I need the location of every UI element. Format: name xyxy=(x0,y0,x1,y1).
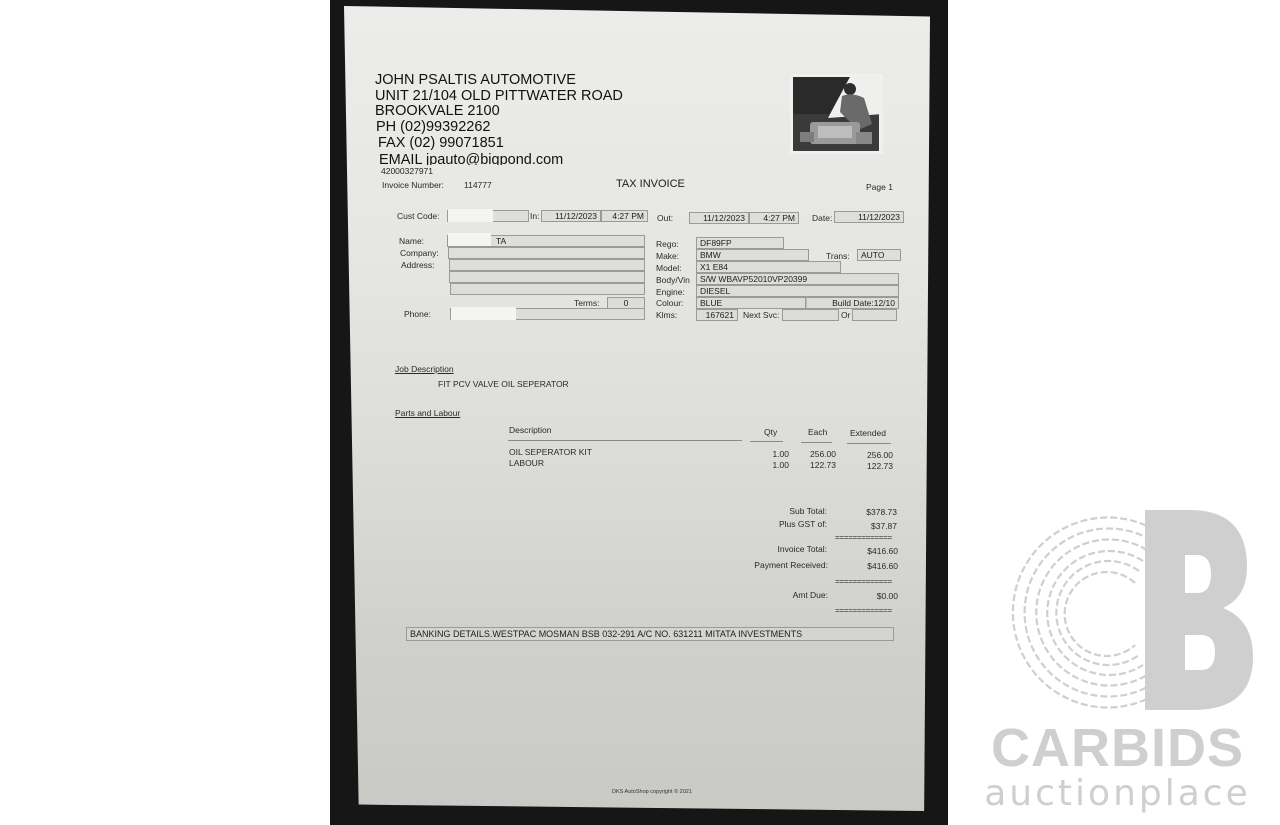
parts-labour-heading: Parts and Labour xyxy=(395,408,460,418)
bodyvin-field: S/W WBAVP52010VP20399 xyxy=(696,273,899,285)
row-each: 256.00 xyxy=(790,449,836,459)
build-date-value: 12/10 xyxy=(874,298,895,308)
rego-field: DF89FP xyxy=(696,237,784,249)
in-time-field: 4:27 PM xyxy=(601,210,648,222)
amt-due-label: Amt Due: xyxy=(727,590,828,600)
or-field xyxy=(852,309,897,321)
business-phone: PH (02)99392262 xyxy=(376,119,490,135)
separator: ============= xyxy=(835,577,892,586)
job-description-text: FIT PCV VALVE OIL SEPERATOR xyxy=(438,379,569,389)
payment-received-label: Payment Received: xyxy=(727,560,828,570)
klms-field: 167621 xyxy=(696,309,738,321)
company-field xyxy=(448,247,645,259)
mechanic-logo-icon xyxy=(790,74,883,154)
row-description: LABOUR xyxy=(509,458,544,468)
watermark-brand: CARBIDS xyxy=(975,717,1260,779)
bodyvin-label: Body/Vin xyxy=(656,275,690,285)
subtotal-label: Sub Total: xyxy=(727,506,827,516)
column-header-qty: Qty xyxy=(764,427,777,437)
redaction xyxy=(448,233,491,246)
divider xyxy=(801,442,832,443)
build-date-label: Build Date: xyxy=(832,298,874,308)
business-address-line2: BROOKVALE 2100 xyxy=(375,103,500,119)
invoice-number-label: Invoice Number: xyxy=(382,180,444,190)
next-svc-field xyxy=(782,309,839,321)
in-date-field: 11/12/2023 xyxy=(541,210,601,222)
row-description: OIL SEPERATOR KIT xyxy=(509,447,592,457)
business-fax: FAX (02) 99071851 xyxy=(378,135,504,151)
next-svc-label: Next Svc: xyxy=(743,310,779,320)
column-header-description: Description xyxy=(509,425,552,435)
subtotal-value: $378.73 xyxy=(837,507,897,517)
row-each: 122.73 xyxy=(790,460,836,470)
payment-received-value: $416.60 xyxy=(837,561,898,571)
trans-label: Trans: xyxy=(826,251,850,261)
invoice-number: 114777 xyxy=(464,180,492,190)
invoice-total-label: Invoice Total: xyxy=(727,544,827,554)
redaction xyxy=(448,209,493,222)
divider xyxy=(750,441,783,442)
in-label: In: xyxy=(530,211,539,221)
photo-stage: JOHN PSALTIS AUTOMOTIVE UNIT 21/104 OLD … xyxy=(0,0,1280,825)
klms-label: Klms: xyxy=(656,310,677,320)
business-email: EMAIL jpauto@bigpond.com xyxy=(379,152,563,165)
row-extended: 122.73 xyxy=(844,461,893,471)
phone-label: Phone: xyxy=(404,309,431,319)
business-address-line1: UNIT 21/104 OLD PITTWATER ROAD xyxy=(375,88,623,104)
colour-label: Colour: xyxy=(656,298,683,308)
invoice-document: JOHN PSALTIS AUTOMOTIVE UNIT 21/104 OLD … xyxy=(344,6,930,811)
or-label: Or xyxy=(841,310,850,320)
model-label: Model: xyxy=(656,263,682,273)
amt-due-value: $0.00 xyxy=(837,591,898,601)
address-label: Address: xyxy=(401,260,435,270)
column-header-each: Each xyxy=(808,427,827,437)
trans-field: AUTO xyxy=(857,249,901,261)
invoice-total-value: $416.60 xyxy=(837,546,898,556)
row-qty: 1.00 xyxy=(744,460,789,470)
rego-label: Rego: xyxy=(656,239,679,249)
out-date-field: 11/12/2023 xyxy=(689,212,749,224)
terms-label: Terms: xyxy=(574,298,600,308)
address-line-1 xyxy=(449,259,645,271)
job-description-heading: Job Description xyxy=(395,364,454,374)
column-header-extended: Extended xyxy=(850,428,886,438)
company-label: Company: xyxy=(400,248,439,258)
footer-copyright: DKS AutoShop copyright © 2021 xyxy=(612,789,692,795)
invoice-title: TAX INVOICE xyxy=(616,178,685,190)
address-line-2 xyxy=(449,271,645,283)
cust-code-label: Cust Code: xyxy=(397,211,440,221)
row-extended: 256.00 xyxy=(844,450,893,460)
watermark-tagline: auctionplace xyxy=(975,773,1260,814)
business-abn: 42000327971 xyxy=(381,166,433,176)
separator: ============= xyxy=(835,606,892,615)
make-field: BMW xyxy=(696,249,809,261)
build-date-field: Build Date:12/10 xyxy=(806,297,899,309)
engine-label: Engine: xyxy=(656,287,685,297)
redaction xyxy=(451,307,516,320)
row-qty: 1.00 xyxy=(744,449,789,459)
make-label: Make: xyxy=(656,251,679,261)
engine-field: DIESEL xyxy=(696,285,899,297)
business-name: JOHN PSALTIS AUTOMOTIVE xyxy=(375,72,576,88)
gst-label: Plus GST of: xyxy=(727,519,827,529)
divider xyxy=(847,443,891,444)
page-number: Page 1 xyxy=(866,182,893,192)
date-label: Date: xyxy=(812,213,832,223)
out-time-field: 4:27 PM xyxy=(749,212,799,224)
date-field: 11/12/2023 xyxy=(834,211,904,223)
address-line-3 xyxy=(450,283,645,295)
gst-value: $37.87 xyxy=(837,521,897,531)
name-label: Name: xyxy=(399,236,424,246)
separator: ============= xyxy=(835,533,892,542)
divider xyxy=(508,440,742,441)
carbids-watermark: CARBIDS auctionplace xyxy=(975,505,1260,815)
model-field: X1 E84 xyxy=(696,261,841,273)
colour-field: BLUE xyxy=(696,297,806,309)
banking-details: BANKING DETAILS.WESTPAC MOSMAN BSB 032-2… xyxy=(406,627,894,641)
out-label: Out: xyxy=(657,213,673,223)
